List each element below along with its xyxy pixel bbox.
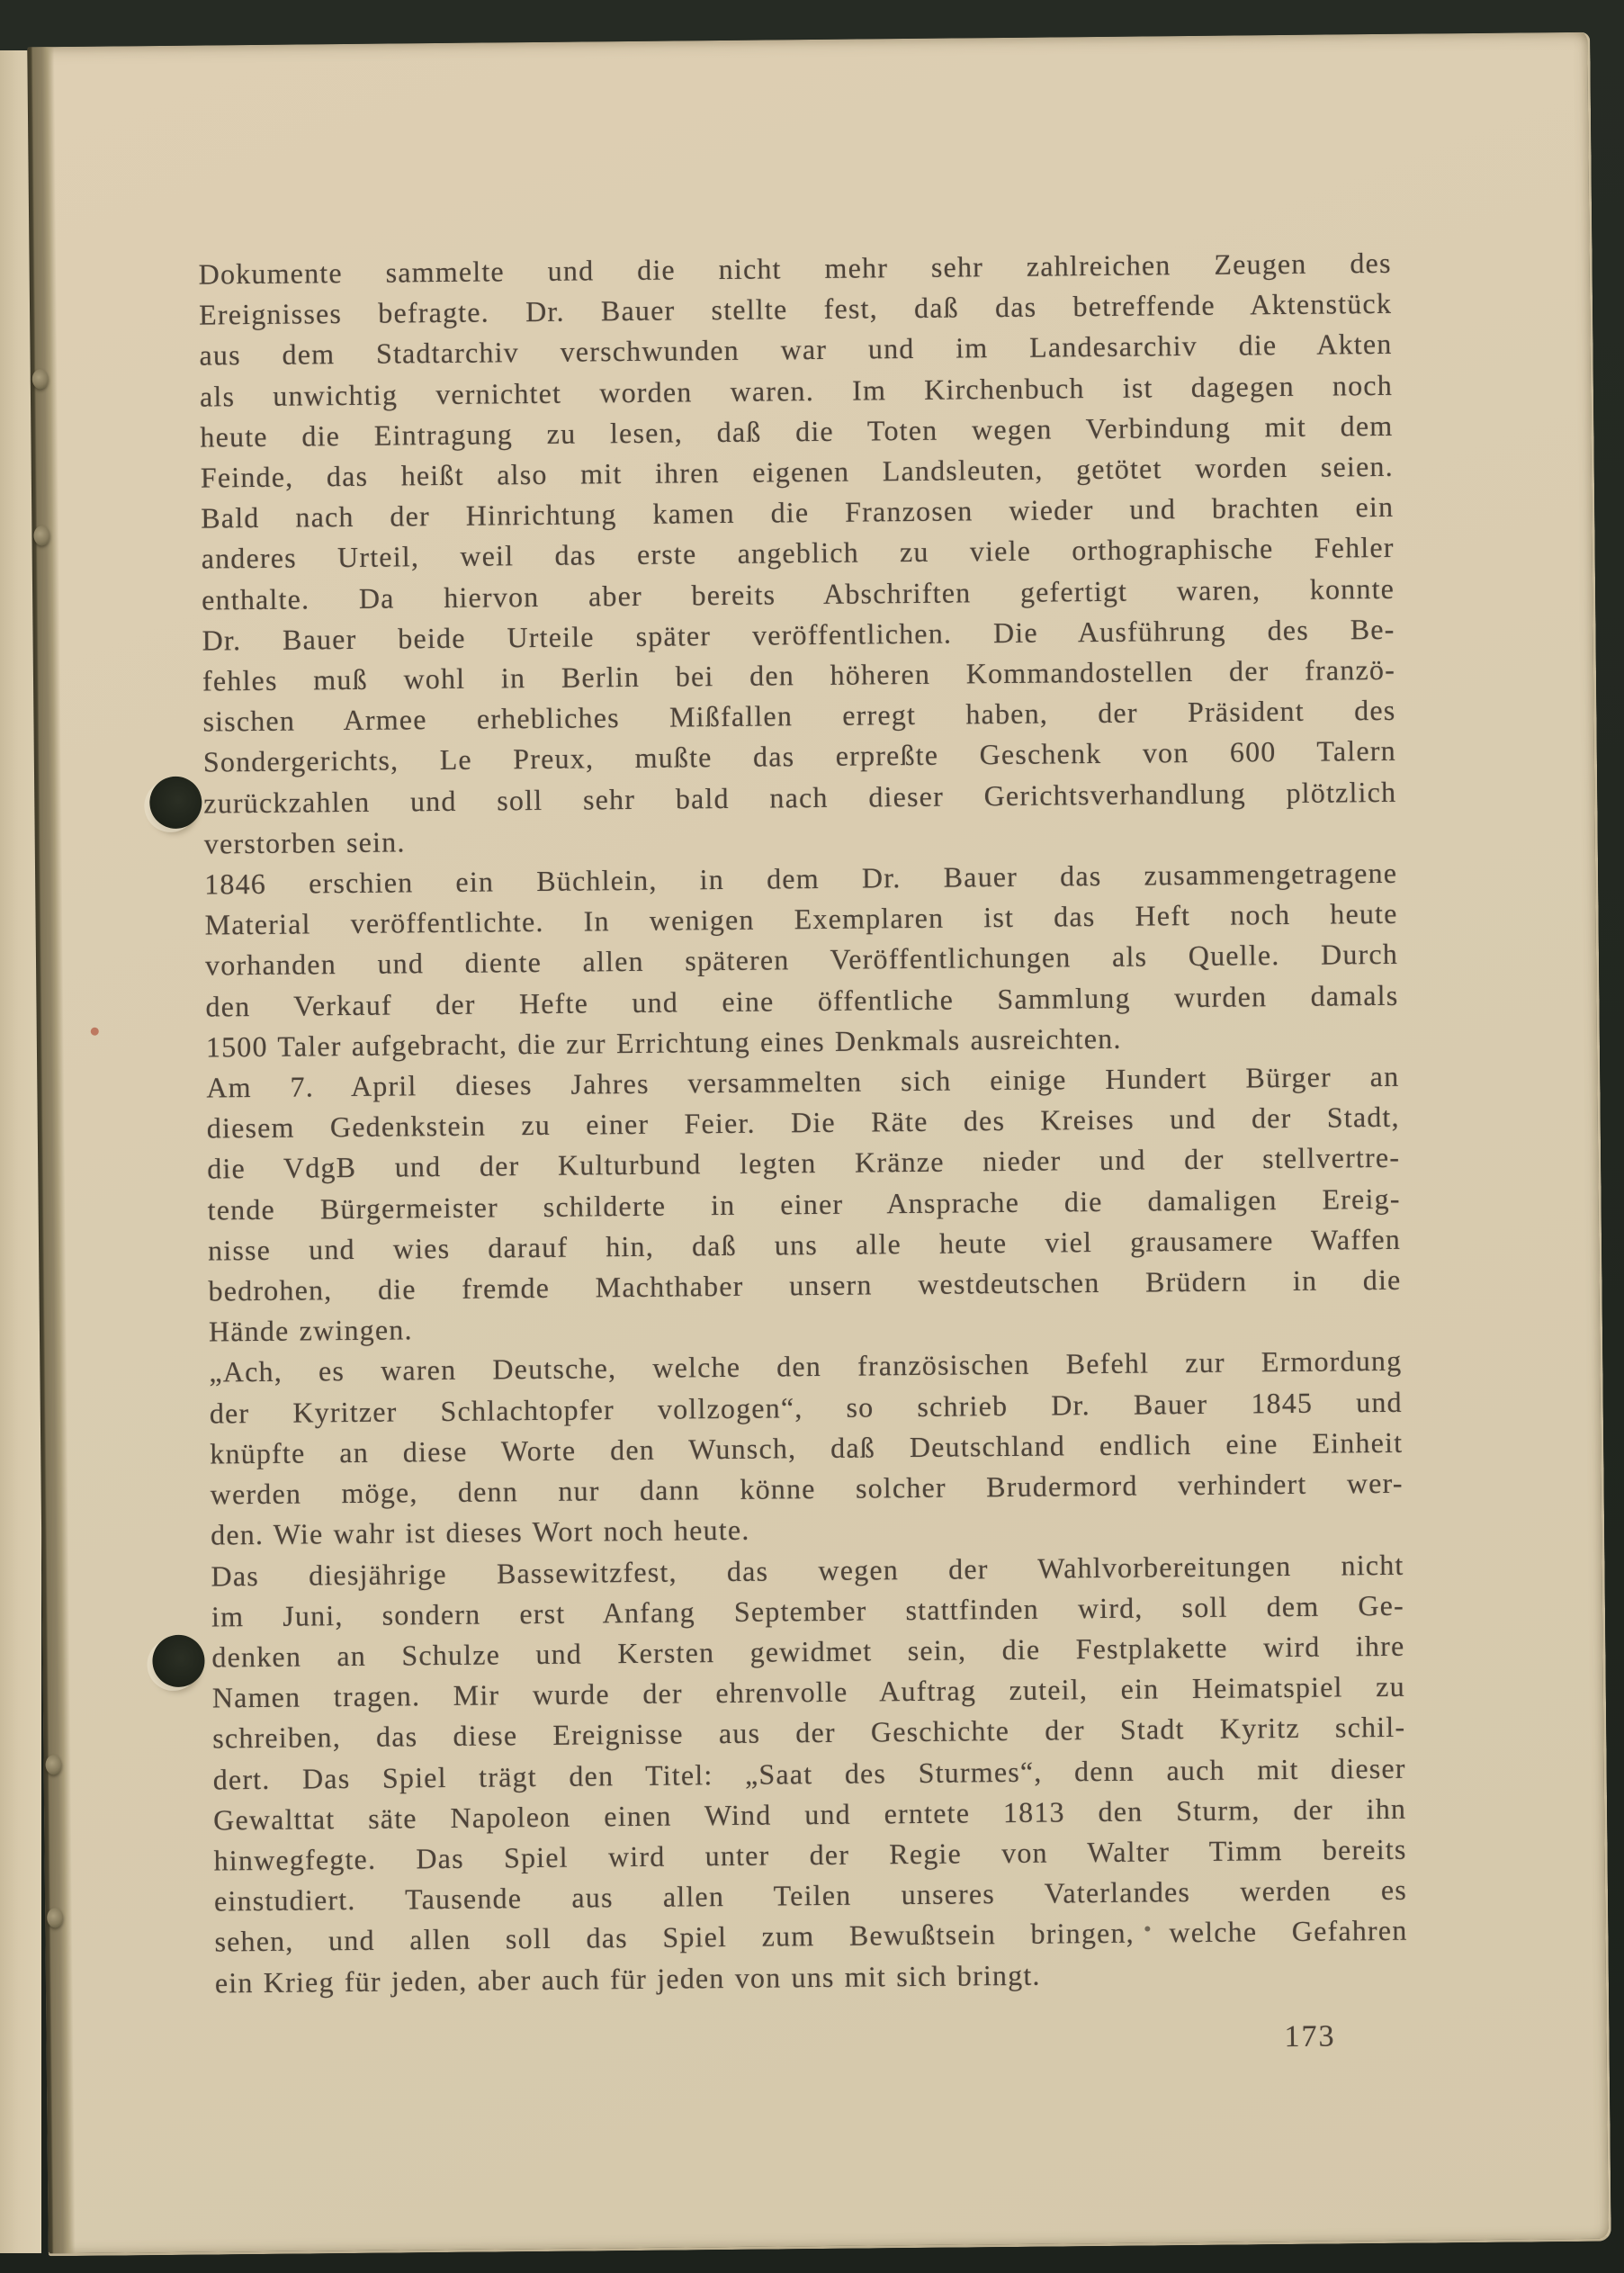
scan-background: Dokumente sammelte und die nicht mehr se… <box>0 0 1624 2273</box>
paragraph: „Ach, es waren Deutsche, welche den fran… <box>209 1341 1404 1556</box>
punch-hole <box>149 777 202 830</box>
punch-hole <box>152 1635 205 1688</box>
binding-knot <box>47 1908 63 1927</box>
paragraph: Am 7. April dieses Jahres versammelten s… <box>206 1056 1402 1352</box>
paragraph: Das diesjährige Bassewitzfest, das wegen… <box>211 1544 1408 2003</box>
page-number: 173 <box>1284 2019 1419 2054</box>
text-block: Dokumente sammelte und die nicht mehr se… <box>198 243 1408 2003</box>
binding-knot <box>32 369 49 389</box>
paragraph: Dokumente sammelte und die nicht mehr se… <box>198 243 1396 865</box>
binding-knot <box>45 1755 61 1774</box>
paragraph: 1846 erschien ein Büchlein, in dem Dr. B… <box>204 853 1399 1068</box>
book-page: Dokumente sammelte und die nicht mehr se… <box>27 32 1611 2257</box>
binding-knot <box>33 526 49 545</box>
paper-speck <box>91 1028 99 1036</box>
